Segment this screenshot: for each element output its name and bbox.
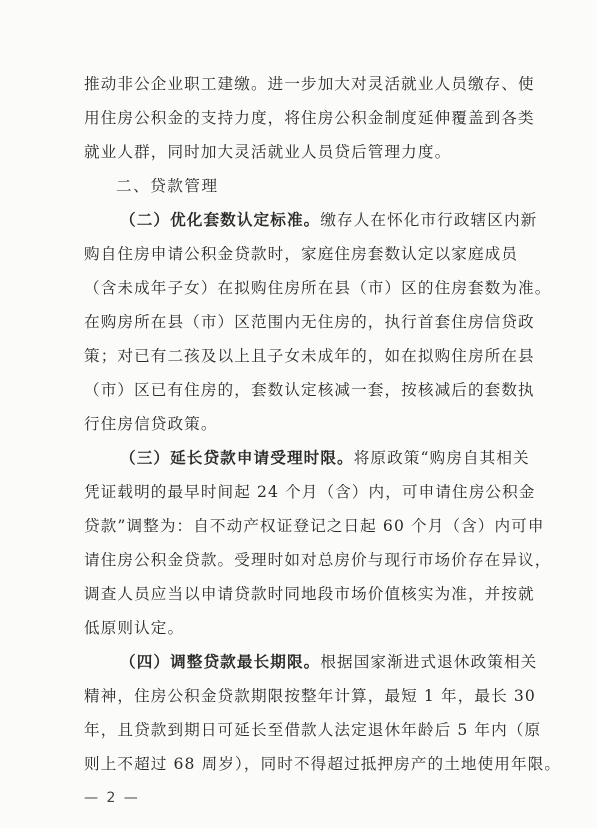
paragraph-line: 则上不超过 68 周岁），同时不得超过抵押房产的土地使用年限。	[84, 754, 516, 774]
paragraph-line: 贷款”调整为：自不动产权证登记之日起 60 个月（含）内可申	[84, 516, 516, 536]
item-3-title: （三）延长贷款申请受理时限。	[120, 448, 354, 467]
paragraph-line: 年，且贷款到期日可延长至借款人法定退休年龄后 5 年内（原	[84, 720, 516, 740]
paragraph-line: 精神，住房公积金贷款期限按整年计算，最短 1 年，最长 30	[84, 686, 516, 706]
page-number: — 2 —	[84, 790, 140, 806]
paragraph-line: 就业人群，同时加大灵活就业人员贷后管理力度。	[84, 142, 516, 162]
paragraph-line: 策；对已有二孩及以上且子女未成年的，如在拟购住房所在县	[84, 346, 516, 366]
item-2-title: （二）优化套数认定标准。	[120, 210, 320, 229]
paragraph-line: 推动非公企业职工建缴。进一步加大对灵活就业人员缴存、使	[84, 74, 516, 94]
paragraph-line: 行住房信贷政策。	[84, 414, 516, 434]
item-2-first-line: （二）优化套数认定标准。缴存人在怀化市行政辖区内新	[120, 210, 516, 230]
paragraph-line: 低原则认定。	[84, 618, 516, 638]
paragraph-line: 调查人员应当以申请贷款时同地段市场价值核实为准，并按就	[84, 584, 516, 604]
paragraph-line: （市）区已有住房的，套数认定核减一套，按核减后的套数执	[84, 380, 516, 400]
paragraph-line: 购自住房申请公积金贷款时，家庭住房套数认定以家庭成员	[84, 244, 516, 264]
paragraph-line: 凭证载明的最早时间起 24 个月（含）内，可申请住房公积金	[84, 482, 516, 502]
item-4-first-line: （四）调整贷款最长期限。根据国家渐进式退休政策相关	[120, 652, 516, 672]
item-3-first-line: （三）延长贷款申请受理时限。将原政策“购房自其相关	[120, 448, 516, 468]
item-4-title: （四）调整贷款最长期限。	[120, 652, 320, 671]
paragraph-line: 用住房公积金的支持力度，将住房公积金制度延伸覆盖到各类	[84, 108, 516, 128]
section-heading: 二、贷款管理	[116, 176, 219, 196]
paragraph-line: 在购房所在县（市）区范围内无住房的，执行首套住房信贷政	[84, 312, 516, 332]
paragraph-line: 请住房公积金贷款。受理时如对总房价与现行市场价存在异议，	[84, 550, 516, 570]
paragraph-line: （含未成年子女）在拟购住房所在县（市）区的住房套数为准。	[84, 278, 516, 298]
